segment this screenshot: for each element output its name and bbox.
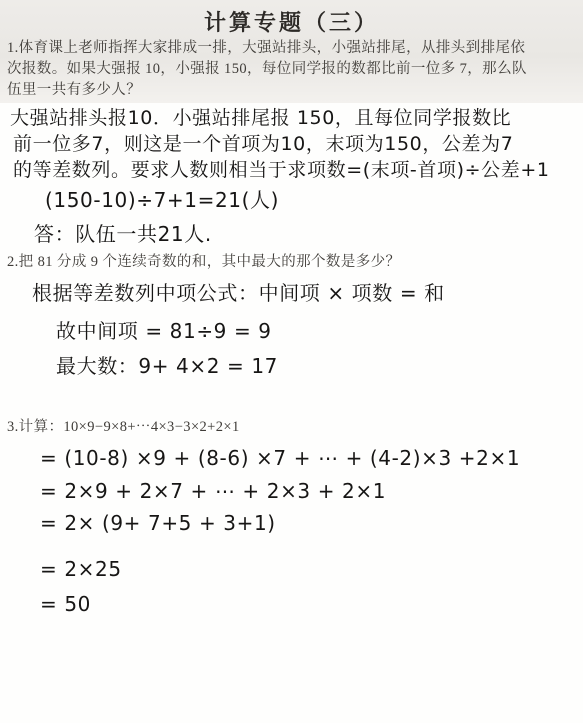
problem-2-question: 2.把 81 分成 9 个连续奇数的和，其中最大的那个数是多少？ — [0, 252, 583, 273]
answer-line: 大强站排头报10．小强站排尾报 150，且每位同学报数比 — [10, 105, 583, 131]
answer-calculation: (150-10)÷7+1=21(人) — [45, 186, 583, 214]
answer-calculation: = 2× (9+ 7+5 + 3+1) — [40, 508, 583, 538]
problem-2-answer: 根据等差数列中项公式：中间项 × 项数 = 和 故中间项 = 81÷9 = 9 … — [0, 278, 583, 381]
problem-1-question-line-1: 1.体育课上老师指挥大家排成一排，大强站排头，小强站排尾，从排头到排尾依 — [7, 38, 579, 59]
worksheet-page: 计算专题（三） 1.体育课上老师指挥大家排成一排，大强站排头，小强站排尾，从排头… — [0, 0, 583, 723]
problem-1-answer: 大强站排头报10．小强站排尾报 150，且每位同学报数比 前一位多7，则这是一个… — [0, 105, 583, 248]
answer-calculation: = 2×25 — [40, 554, 583, 584]
answer-calculation: = (10-8) ×9 + (8-6) ×7 + ⋯ + (4-2)×3 +2×… — [40, 443, 583, 473]
page-title: 计算专题（三） — [0, 0, 583, 38]
answer-result: = 50 — [40, 589, 583, 619]
problem-1-question: 1.体育课上老师指挥大家排成一排，大强站排头，小强站排尾，从排头到排尾依 次报数… — [0, 38, 583, 101]
problem-1-question-line-2: 次报数。如果大强报 10，小强报 150，每位同学报的数都比前一位多 7，那么队 — [7, 59, 579, 80]
answer-calculation: = 2×9 + 2×7 + ⋯ + 2×3 + 2×1 — [40, 476, 583, 506]
answer-calculation: 故中间项 = 81÷9 = 9 — [56, 316, 583, 346]
answer-calculation: 最大数：9+ 4×2 = 17 — [56, 351, 583, 381]
answer-line: 的等差数列。要求人数则相当于求项数=(末项-首项)÷公差+1 — [13, 157, 583, 183]
answer-statement: 答：队伍一共21人. — [34, 220, 583, 248]
problem-3-question: 3.计算：10×9−9×8+⋯4×3−3×2+2×1 — [0, 417, 583, 438]
answer-line: 前一位多7，则这是一个首项为10，末项为150，公差为7 — [13, 131, 583, 157]
problem-1-question-line-3: 伍里一共有多少人？ — [7, 80, 579, 101]
scan-band-top: 计算专题（三） 1.体育课上老师指挥大家排成一排，大强站排头，小强站排尾，从排头… — [0, 0, 583, 103]
answer-line: 根据等差数列中项公式：中间项 × 项数 = 和 — [32, 278, 583, 308]
problem-3-answer: = (10-8) ×9 + (8-6) ×7 + ⋯ + (4-2)×3 +2×… — [0, 443, 583, 619]
